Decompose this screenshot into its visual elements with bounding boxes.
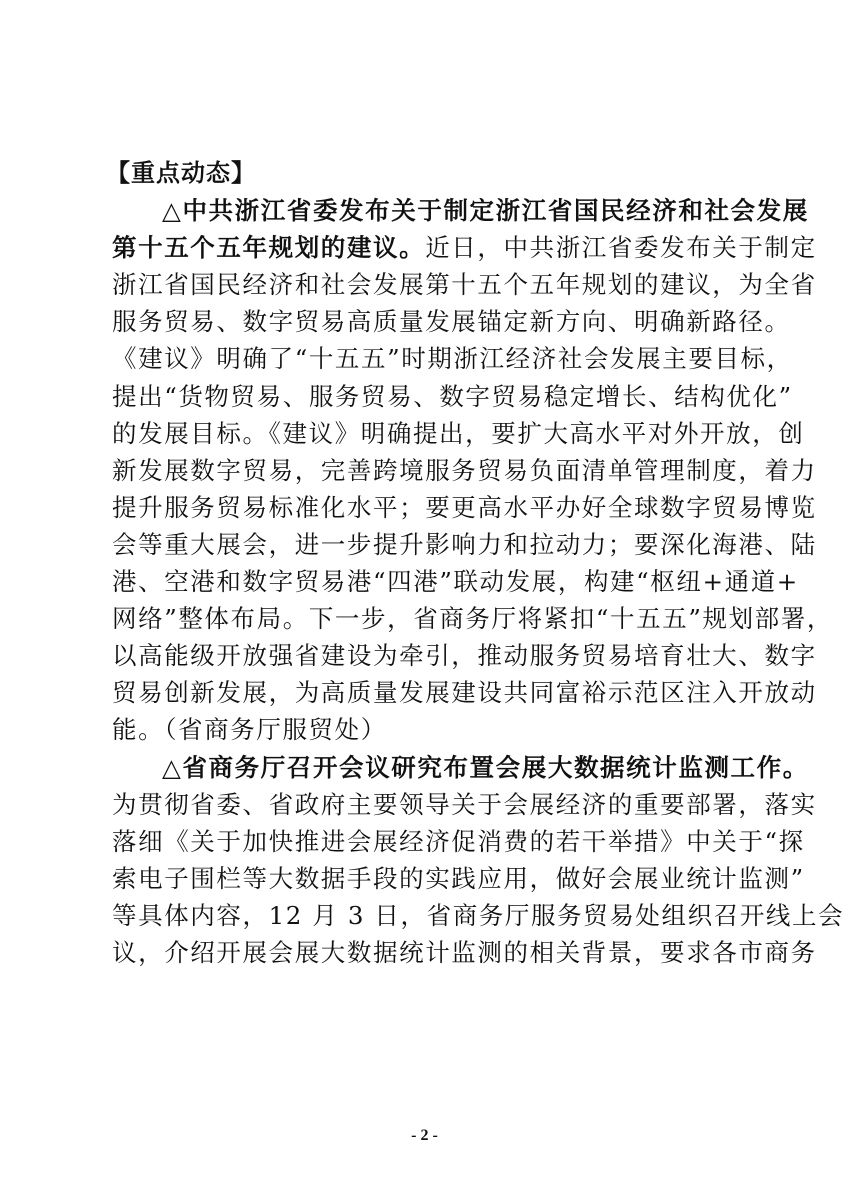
news-item-line: 浙江省国民经济和社会发展第十五个五年规划的建议，为全省 <box>112 266 742 303</box>
news-item-title: △省商务厅召开会议研究布置会展大数据统计监测工作。 <box>112 749 742 786</box>
news-item-source: 能。（省商务厅服贸处） <box>112 711 742 748</box>
news-item-line: 《建议》明确了“十五五”时期浙江经济社会发展主要目标， <box>112 340 742 377</box>
news-item-line: 为贯彻省委、省政府主要领导关于会展经济的重要部署，落实 <box>112 786 742 823</box>
news-item-title-cont: 第十五个五年规划的建议。 <box>112 233 425 262</box>
news-item-text: 近日，中共浙江省委发布关于制定 <box>425 233 817 262</box>
section-heading: 【重点动态】 <box>106 155 742 192</box>
news-item-title: △中共浙江省委发布关于制定浙江省国民经济和社会发展 <box>112 192 742 229</box>
news-item-line: 的发展目标。《建议》明确提出，要扩大高水平对外开放，创 <box>112 415 742 452</box>
news-item-line: 第十五个五年规划的建议。近日，中共浙江省委发布关于制定 <box>112 229 742 266</box>
news-item-line: 贸易创新发展，为高质量发展建设共同富裕示范区注入开放动 <box>112 674 742 711</box>
news-item-line: 落细《关于加快推进会展经济促消费的若干举措》中关于“探 <box>112 823 742 860</box>
news-item-line: 以高能级开放强省建设为牵引，推动服务贸易培育壮大、数字 <box>112 637 742 674</box>
news-item-line: 等具体内容，12 月 3 日，省商务厅服务贸易处组织召开线上会 <box>112 897 742 934</box>
page-number: - 2 - <box>0 1127 849 1145</box>
news-item-1: △中共浙江省委发布关于制定浙江省国民经济和社会发展 第十五个五年规划的建议。近日… <box>112 192 742 748</box>
news-item-line: 网络”整体布局。下一步，省商务厅将紧扣“十五五”规划部署， <box>112 600 742 637</box>
news-item-line: 索电子围栏等大数据手段的实践应用，做好会展业统计监测” <box>112 860 742 897</box>
news-item-line: 服务贸易、数字贸易高质量发展锚定新方向、明确新路径。 <box>112 303 742 340</box>
news-item-line: 会等重大展会，进一步提升影响力和拉动力；要深化海港、陆 <box>112 526 742 563</box>
news-item-line: 议，介绍开展会展大数据统计监测的相关背景，要求各市商务 <box>112 934 742 971</box>
document-body: 【重点动态】 △中共浙江省委发布关于制定浙江省国民经济和社会发展 第十五个五年规… <box>112 155 742 971</box>
news-item-line: 提出“货物贸易、服务贸易、数字贸易稳定增长、结构优化” <box>112 378 742 415</box>
news-item-2: △省商务厅召开会议研究布置会展大数据统计监测工作。 为贯彻省委、省政府主要领导关… <box>112 749 742 972</box>
news-item-line: 提升服务贸易标准化水平；要更高水平办好全球数字贸易博览 <box>112 489 742 526</box>
news-item-line: 港、空港和数字贸易港“四港”联动发展，构建“枢纽+通道+ <box>112 563 742 600</box>
news-item-line: 新发展数字贸易，完善跨境服务贸易负面清单管理制度，着力 <box>112 452 742 489</box>
